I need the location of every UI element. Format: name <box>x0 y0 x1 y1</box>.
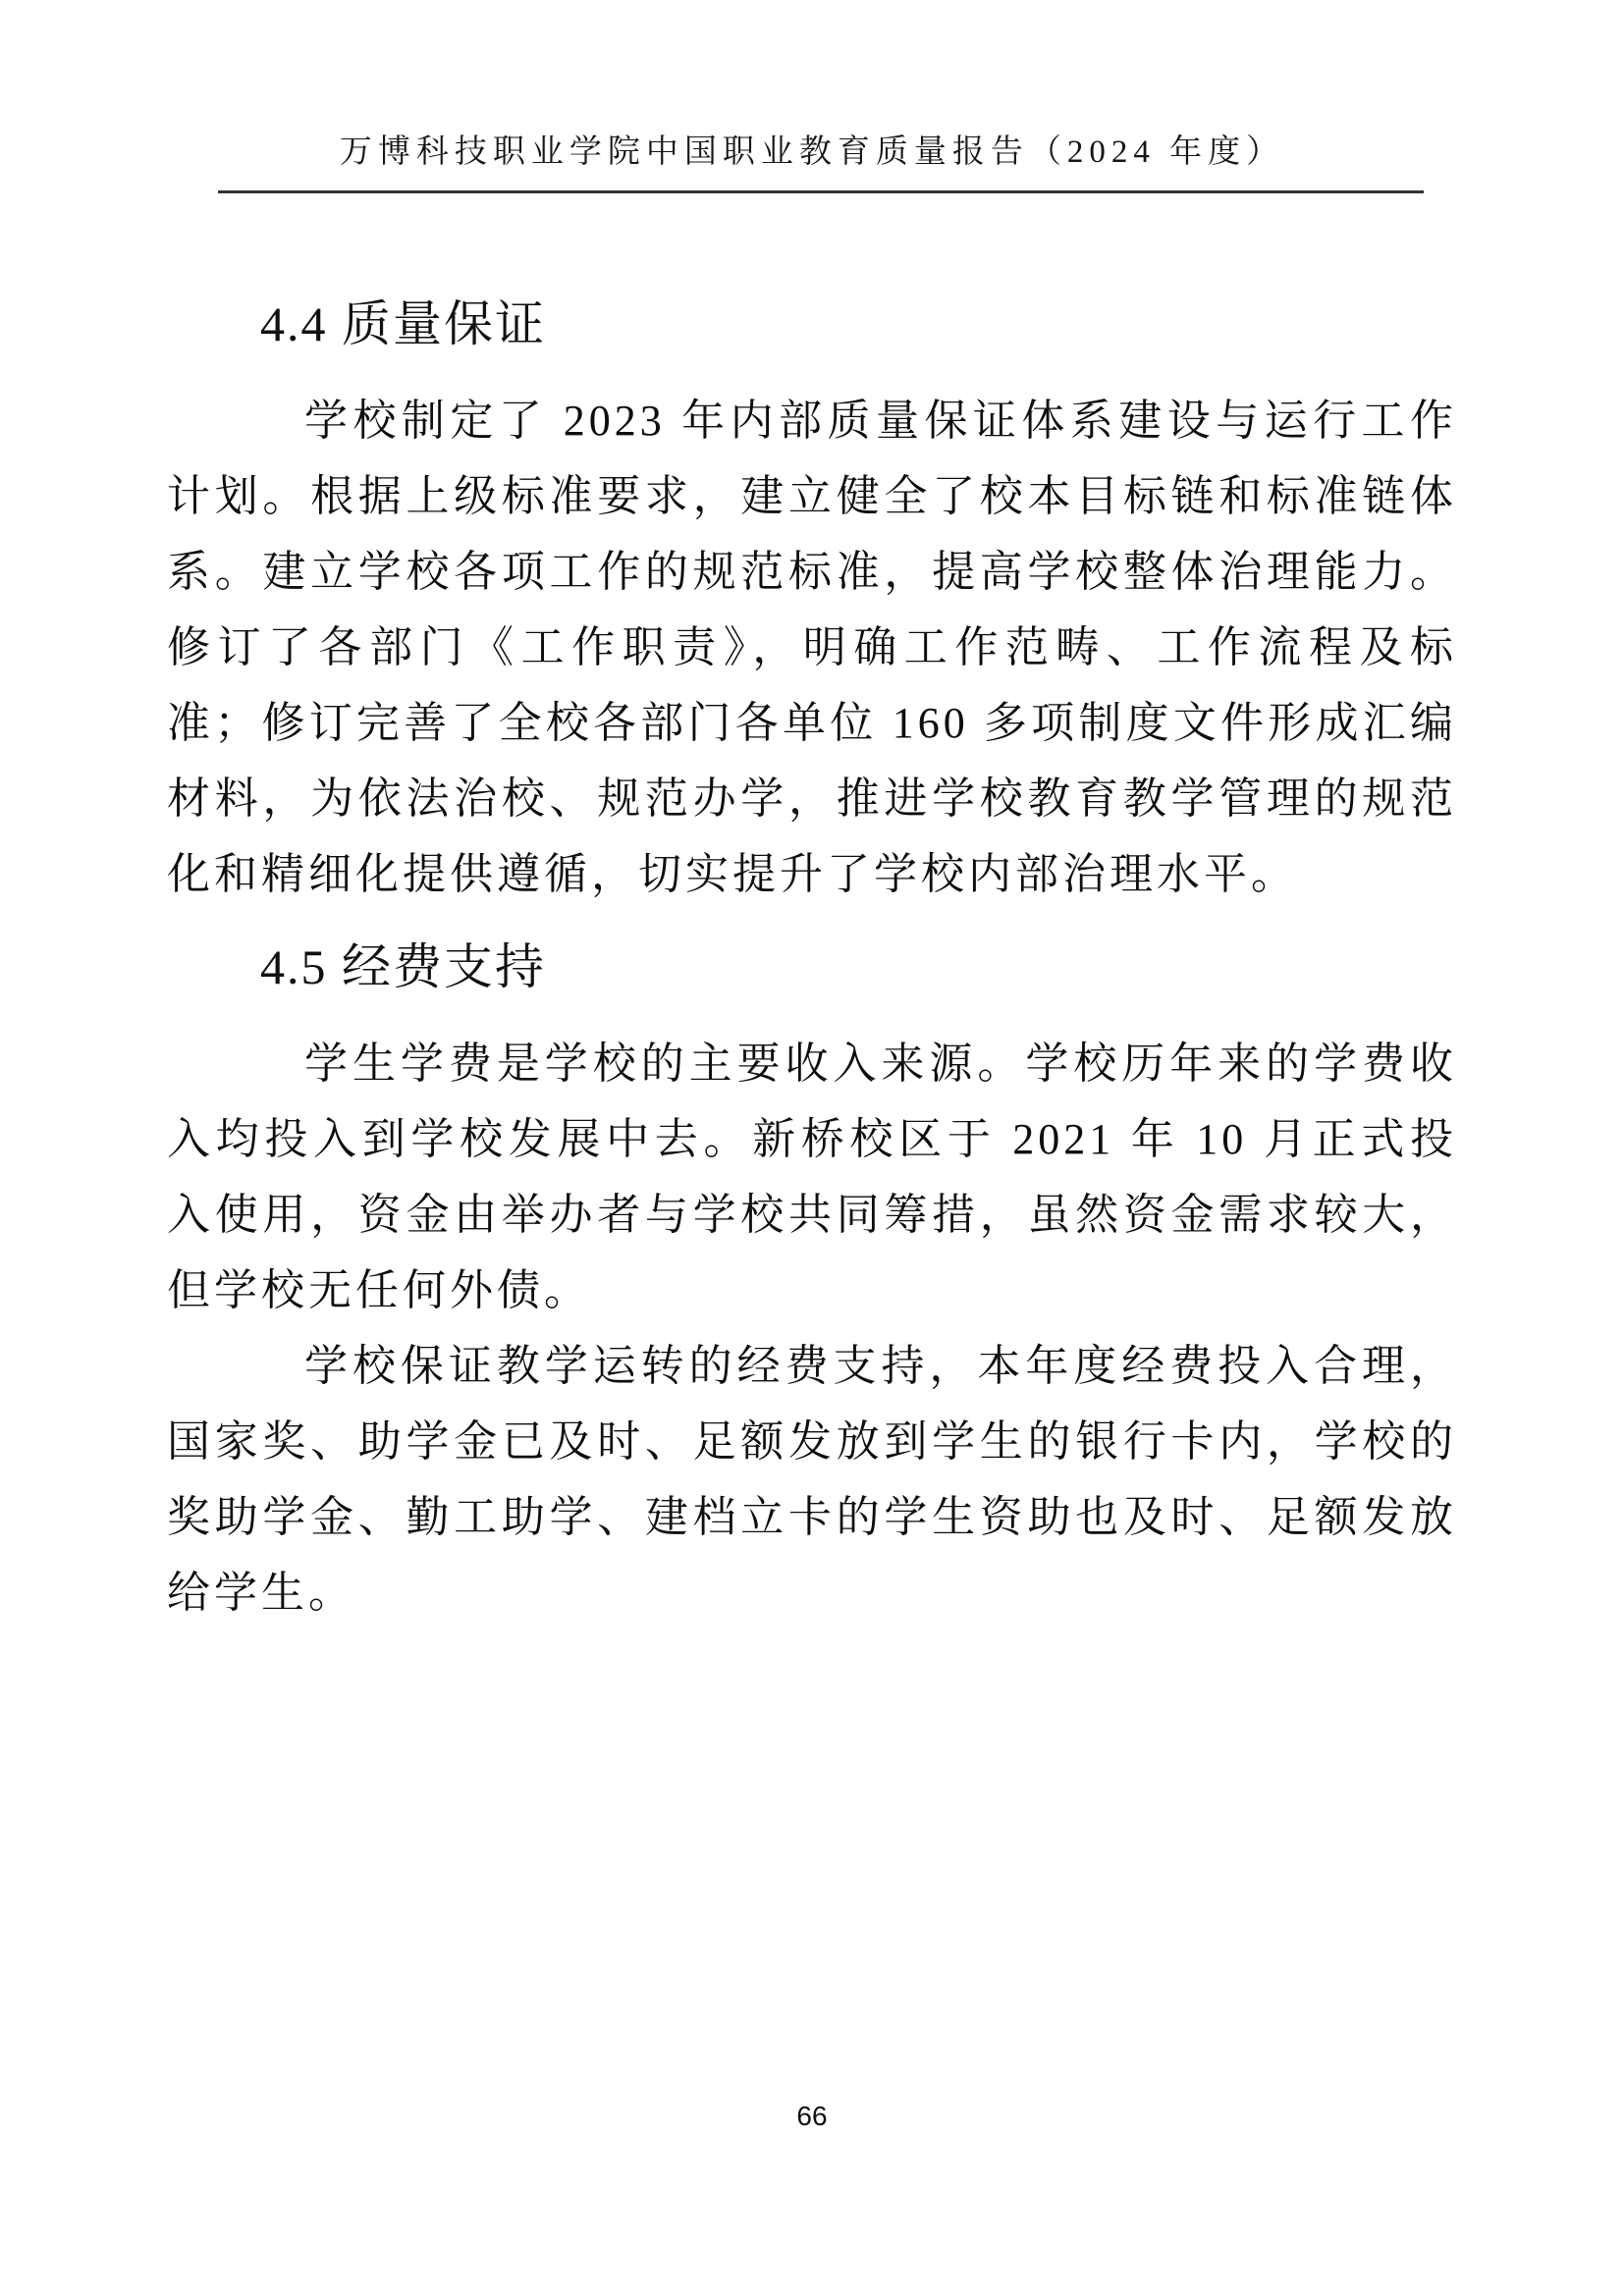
page-number: 66 <box>0 2101 1624 2132</box>
page-header-title: 万博科技职业学院中国职业教育质量报告（2024 年度） <box>0 126 1624 172</box>
section-heading-4-4: 4.4 质量保证 <box>167 294 1457 353</box>
section-4-5-paragraph-2: 学校保证教学运转的经费支持，本年度经费投入合理，国家奖、助学金已及时、足额发放到… <box>167 1328 1457 1630</box>
section-4-4-paragraph: 学校制定了 2023 年内部质量保证体系建设与运行工作计划。根据上级标准要求，建… <box>167 383 1457 912</box>
section-4-5-paragraph-1: 学生学费是学校的主要收入来源。学校历年来的学费收入均投入到学校发展中去。新桥校区… <box>167 1026 1457 1328</box>
page-content: 4.4 质量保证 学校制定了 2023 年内部质量保证体系建设与运行工作计划。根… <box>167 294 1457 1630</box>
header-divider-rule <box>218 190 1424 193</box>
document-page: 万博科技职业学院中国职业教育质量报告（2024 年度） 4.4 质量保证 学校制… <box>0 0 1624 2296</box>
section-heading-4-5: 4.5 经费支持 <box>167 937 1457 996</box>
